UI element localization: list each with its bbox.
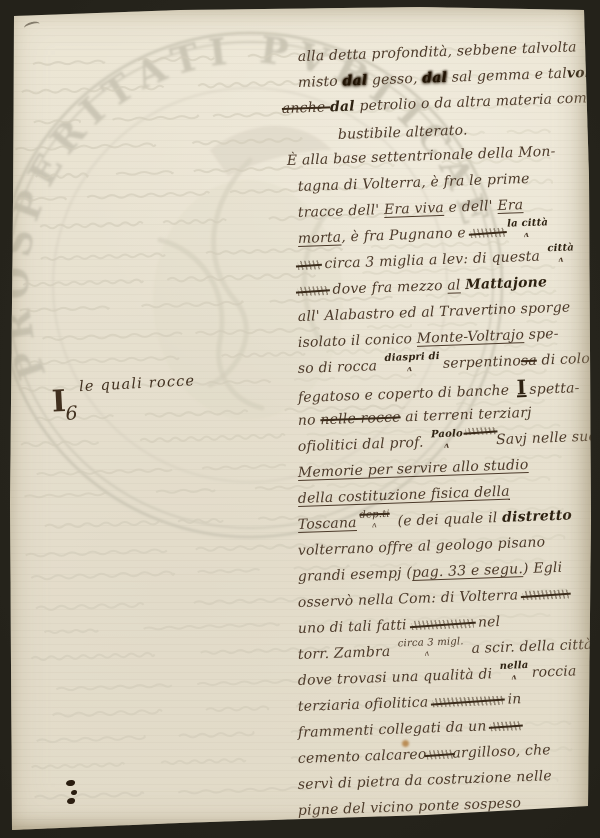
manuscript-lines: alla detta profondità, sebbene talvoltam…	[298, 44, 590, 824]
text-segment: argilloso, che	[452, 742, 551, 761]
text-segment: servì di pietra da costruzione nelle	[298, 768, 552, 793]
bleedthrough-stroke	[116, 171, 173, 175]
margin-note-number: 6	[65, 402, 78, 425]
bleedthrough-stroke	[37, 736, 145, 743]
text-segment: pigne del vicino ponte sospeso	[298, 795, 522, 819]
bleedthrough-stroke	[21, 440, 99, 446]
text-segment: Mattajone	[465, 274, 547, 293]
text-segment: della costituzione fisica della	[298, 484, 510, 507]
text-segment: spe-	[524, 326, 559, 343]
bleedthrough-stroke	[26, 549, 167, 557]
text-segment: ai terreni terziarj	[400, 405, 532, 426]
bleedthrough-stroke	[56, 684, 172, 691]
bleedthrough-stroke	[206, 706, 269, 711]
text-segment: dal	[342, 73, 367, 90]
bleedthrough-stroke	[194, 597, 312, 604]
interline-insertion: dep.ti	[359, 502, 390, 529]
interline-insertion: città	[547, 235, 575, 262]
bleedthrough-stroke	[36, 603, 144, 610]
text-segment: misto	[298, 73, 343, 91]
text-segment: Memorie per servire allo studio	[298, 457, 529, 481]
crossed-out-word	[523, 590, 569, 601]
text-segment: uno di tali fatti	[298, 617, 412, 637]
bleedthrough-stroke	[36, 173, 88, 178]
text-segment: (e dei quale il	[393, 510, 503, 530]
text-segment: grandi esempj (	[298, 565, 413, 585]
bleedthrough-stroke	[142, 301, 244, 308]
scanned-page: PROSPERITATI PVBLICAE alla detta profond…	[0, 0, 600, 838]
bleedthrough-stroke	[87, 192, 209, 199]
bleedthrough-stroke	[167, 273, 315, 282]
text-segment: circa 3 miglia a lev: di questa	[320, 248, 545, 272]
interline-insertion: circa 3 migl.	[397, 629, 464, 657]
bleedthrough-stroke	[179, 732, 254, 738]
text-segment: cemento calcareo	[298, 747, 427, 767]
bleedthrough-stroke	[30, 356, 179, 364]
text-segment: tagna di Volterra, è fra le prime	[298, 171, 530, 195]
text-segment: serpentino	[443, 353, 521, 372]
text-segment: dove fra mezzo	[328, 278, 448, 298]
bleedthrough-stroke	[138, 56, 214, 62]
text-segment: frammenti collegati da un	[298, 718, 492, 741]
text-segment: tracce dell'	[298, 202, 385, 221]
bleedthrough-stroke	[33, 60, 105, 65]
bleedthrough-stroke	[31, 653, 154, 661]
bleedthrough-stroke	[41, 253, 165, 260]
text-segment: a scir. della città,	[467, 637, 598, 658]
bleedthrough-stroke	[156, 489, 215, 494]
margin-note: I 6 le quali rocce	[49, 367, 232, 436]
bleedthrough-stroke	[25, 493, 109, 498]
text-segment: torr. Zambra	[298, 644, 396, 663]
bleedthrough-stroke	[202, 464, 286, 469]
text-segment: spetta-	[529, 380, 580, 398]
text-segment: osservò nella Com: di Volterra	[298, 587, 524, 611]
bleedthrough-stroke	[40, 222, 143, 229]
bleedthrough-stroke	[42, 332, 182, 340]
text-segment: volterrano offre al geologo pisano	[298, 534, 546, 559]
text-segment: volta	[567, 64, 600, 81]
bleedthrough-stroke	[23, 279, 143, 286]
margin-note-mark: I	[51, 384, 67, 420]
bleedthrough-stroke	[18, 197, 67, 201]
text-segment: al	[447, 277, 461, 293]
bleedthrough-stroke	[222, 352, 305, 358]
text-segment: no	[298, 412, 321, 429]
text-segment: petrolio o da altra materia com-	[355, 90, 593, 114]
text-segment: morta	[298, 229, 342, 247]
text-segment: sa	[521, 353, 537, 370]
text-segment: Era viva	[384, 200, 444, 218]
bleedthrough-stroke	[35, 792, 144, 799]
text-segment: sal gemma e tal	[447, 66, 567, 86]
text-segment: È alla base settentrionale della Mon-	[287, 144, 556, 169]
crossed-out-word	[411, 619, 473, 630]
crossed-out-word	[466, 427, 496, 435]
text-segment: nel	[473, 614, 501, 631]
interline-insertion: nella	[499, 653, 529, 680]
bleedthrough-stroke	[34, 120, 80, 124]
paper-sheet: PROSPERITATI PVBLICAE alla detta profond…	[0, 0, 600, 838]
text-segment: , è fra Pugnano e	[341, 225, 471, 246]
bleedthrough-stroke	[178, 519, 223, 524]
text-segment: so di rocca	[298, 358, 382, 377]
bleedthrough-stroke	[20, 306, 110, 312]
bleedthrough-stroke	[44, 629, 98, 633]
bleedthrough-stroke	[198, 569, 260, 573]
crossed-out-word	[298, 286, 328, 296]
text-segment: gesso,	[367, 71, 423, 89]
text-segment: Savj nelle sue	[496, 429, 597, 449]
bleedthrough-stroke	[163, 219, 226, 224]
bleedthrough-stroke	[15, 143, 155, 151]
text-segment: in	[503, 691, 522, 708]
bleedthrough-stroke	[192, 138, 302, 145]
margin-note-text: le quali rocce	[79, 373, 196, 395]
text-segment: bustibile alterato.	[338, 122, 468, 143]
bleedthrough-stroke	[112, 116, 198, 122]
interline-insertion: Paolo	[431, 421, 464, 448]
text-segment: dal	[330, 98, 355, 115]
crossed-out-word	[470, 228, 504, 238]
text-segment: dove trovasi una qualità di	[298, 666, 498, 689]
crossed-out-word	[298, 260, 320, 270]
text-segment: pag. 33 e segu.	[412, 561, 524, 581]
crossed-out-word	[426, 750, 452, 760]
bleedthrough-stroke	[22, 86, 164, 94]
text-segment: ) Egli	[523, 560, 563, 577]
bleedthrough-stroke	[140, 434, 285, 443]
text-segment: di colore	[537, 350, 600, 368]
text-segment: roccia	[531, 663, 576, 681]
bleedthrough-stroke	[37, 468, 173, 475]
text-segment: e dell'	[444, 198, 498, 216]
text-segment: anche	[282, 99, 331, 117]
bleedthrough-stroke	[144, 623, 280, 630]
bleedthrough-stroke	[53, 710, 162, 717]
rust-stain	[402, 740, 409, 747]
text-segment: terziaria ofiolitica	[298, 694, 434, 715]
bleedthrough-stroke	[45, 521, 162, 528]
text-segment: ofiolitici dal prof.	[298, 434, 429, 455]
ink-blot-spots	[64, 780, 84, 806]
interline-insertion: la città	[507, 210, 549, 237]
crossed-out-word	[491, 721, 521, 731]
bleedthrough-stroke	[32, 763, 125, 769]
text-segment: distretto	[502, 507, 572, 525]
text-segment: dal	[422, 70, 447, 87]
text-segment: Toscana	[298, 515, 357, 533]
bleedthrough-stroke	[31, 571, 174, 580]
interline-insertion: diaspri di	[384, 344, 440, 372]
insertion-mark: I	[513, 375, 529, 400]
bleedthrough-stroke	[161, 759, 245, 765]
crossed-out-word	[433, 696, 503, 707]
text-segment: nelle rocce	[320, 409, 401, 428]
